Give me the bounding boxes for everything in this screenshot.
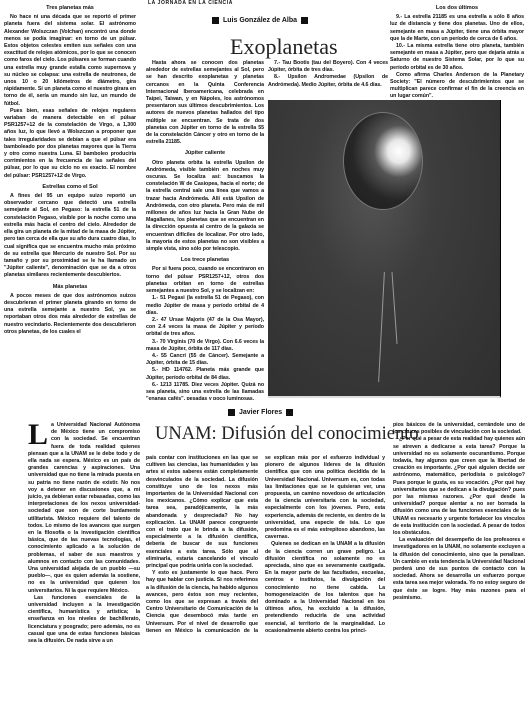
column-3: se explican más por el esfuerzo individu… xyxy=(265,455,385,635)
section-heading: Júpiter caliente xyxy=(146,150,264,157)
paragraph: Otro planeta orbita la estrella Upsilon … xyxy=(146,160,264,254)
list-item: 1.- 51 Pegasi (la estrella 51 de Pegaso)… xyxy=(146,295,264,317)
article-title: Exoplanetas xyxy=(230,34,338,60)
paragraph: Por si fuera poco, cuando se encontraron… xyxy=(146,266,264,295)
section-heading: Los trece planetas xyxy=(146,257,264,264)
column-2: Hasta ahora se conocen dos planetas alre… xyxy=(146,60,264,400)
paragraph: La evaluación del desempeño de los profe… xyxy=(393,537,525,602)
byline-square-icon xyxy=(301,17,308,24)
paragraph: ¿Por qué a pesar de esta realidad hay qu… xyxy=(393,436,525,537)
list-item: 8.- Upsilon Andromedae (Upsilon de Andró… xyxy=(268,74,388,88)
section-heading: Más planetas xyxy=(4,284,136,291)
byline-author: Javier Flores xyxy=(239,409,282,416)
paragraph: No hace ni una década que se reportó el … xyxy=(4,14,136,108)
paragraph: A pocos meses de que dos astrónomos suiz… xyxy=(4,293,136,336)
article-title: UNAM: Difusión del conocimiento xyxy=(155,424,419,445)
section-heading: Tres planetas más xyxy=(4,5,136,12)
paragraph: Pues bien, esas señales de relojes regul… xyxy=(4,108,136,180)
paragraph: A fines del 95 un equipo suizo reportó u… xyxy=(4,193,136,279)
byline-square-icon xyxy=(286,409,293,416)
paragraph: pios básicos de la universidad, cerrándo… xyxy=(393,422,525,436)
section-heading: Los dos últimos xyxy=(390,5,524,12)
header-strip: LA JORNADA EN LA CIENCIA xyxy=(148,0,233,6)
byline-article1: Luis González de Alba xyxy=(212,17,308,24)
byline-square-icon xyxy=(212,17,219,24)
paragraph: país contar con instituciones en las que… xyxy=(146,455,258,570)
antenna-line xyxy=(391,272,397,344)
paragraph: Y esto es justamente lo que hace. Pero h… xyxy=(146,570,258,635)
sphere-satellite xyxy=(343,112,423,210)
byline-article2: Javier Flores xyxy=(228,409,293,416)
list-item: 10.- La misma estrella tiene otro planet… xyxy=(390,43,524,72)
paragraph: se explican más por el esfuerzo individu… xyxy=(265,455,385,541)
antenna-line xyxy=(378,272,385,382)
paragraph: Las funciones esenciales de la universid… xyxy=(28,595,140,645)
list-item: 2.- 47 Ursae Majoris (47 de la Osa Mayor… xyxy=(146,317,264,339)
byline-author: Luis González de Alba xyxy=(223,17,297,24)
paragraph: Hasta ahora se conocen dos planetas alre… xyxy=(146,60,264,146)
column-4: pios básicos de la universidad, cerrándo… xyxy=(393,422,525,652)
column-1: L a Universidad Nacional Autónoma de Méx… xyxy=(28,422,140,720)
list-item: 3.- 70 Virginis (70 de Virgo). Con 6.6 v… xyxy=(146,339,264,353)
drop-cap: L xyxy=(28,423,48,447)
paragraph: Como afirma Charles Anderson de la Plane… xyxy=(390,72,524,101)
list-item: 4.- 55 Cancri (55 de Cáncer). Semejante … xyxy=(146,353,264,367)
list-item: 6.- 1213 11785. Diez veces Júpiter. Quiz… xyxy=(146,382,264,400)
column-1: Tres planetas más No hace ni una década … xyxy=(4,5,136,336)
column-2: país contar con instituciones en las que… xyxy=(146,455,258,635)
byline-square-icon xyxy=(228,409,235,416)
column-4: Los dos últimos 9.- La estrella 21185 es… xyxy=(390,5,524,101)
list-item: 9.- La estrella 21185 es una estrella a … xyxy=(390,14,524,43)
column-3: 7.- Tau Bootis (tau del Boyero). Con 4 v… xyxy=(268,60,388,89)
list-item: 5.- HD 114762. Planeta más grande que Jú… xyxy=(146,367,264,381)
spacecraft-photo xyxy=(268,100,501,398)
section-heading: Estrellas como el Sol xyxy=(4,184,136,191)
list-item: 7.- Tau Bootis (tau del Boyero). Con 4 v… xyxy=(268,60,388,74)
paragraph: Quienes se dedican en la UNAM a la difus… xyxy=(265,541,385,635)
